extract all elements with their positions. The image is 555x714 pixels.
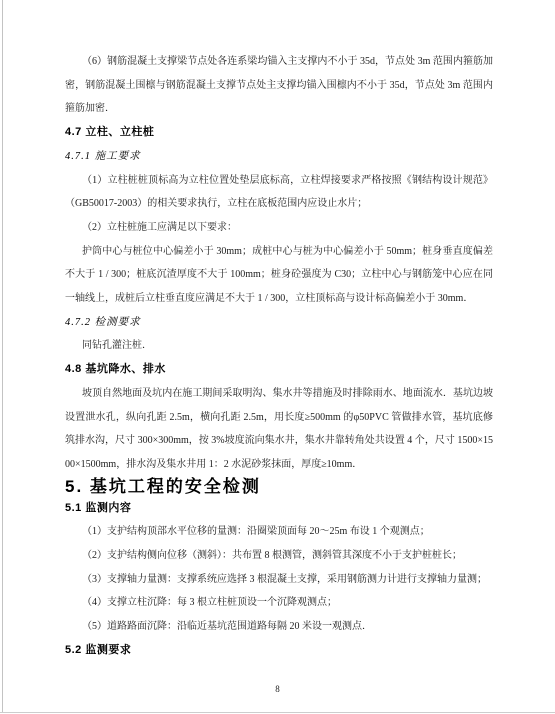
- para-same-as-bored-pile: 同钻孔灌注桩．: [65, 334, 493, 358]
- subheading-4-7-2-inspection-requirements: 4.7.2 检测要求: [65, 311, 493, 335]
- heading-5-safety-monitoring: 5. 基坑工程的安全检测: [65, 477, 493, 497]
- para-monitoring-item-2: （2）支护结构侧向位移（测斜）：共布置 8 根测管，测斜管其深度不小于支护桩桩长…: [65, 544, 493, 568]
- para-rebar-support-joint-anchorage: （6）钢筋混凝土支撑梁节点处各连系梁均锚入主支撑内不小于 35d，节点处 3m …: [65, 50, 493, 121]
- page-number: 8: [0, 684, 555, 694]
- heading-4-8-dewatering-drainage: 4.8 基坑降水、排水: [65, 358, 493, 382]
- para-column-pile-construction-intro: （2）立柱桩施工应满足以下要求：: [65, 216, 493, 240]
- subheading-4-7-1-construction-requirements: 4.7.1 施工要求: [65, 145, 493, 169]
- para-monitoring-item-5: （5）道路路面沉降：沿临近基坑范围道路每隔 20 米设一观测点．: [65, 615, 493, 639]
- para-pile-tolerance-requirements: 护筒中心与桩位中心偏差小于 30mm；成桩中心与桩为中心偏差小于 50mm；桩身…: [65, 240, 493, 311]
- page-content: （6）钢筋混凝土支撑梁节点处各连系梁均锚入主支撑内不小于 35d，节点处 3m …: [65, 50, 493, 663]
- page-left-edge: [2, 0, 3, 712]
- para-drainage-measures: 坡顶自然地面及坑内在施工期间采取明沟、集水井等措施及时排除雨水、地面流水．基坑边…: [65, 382, 493, 477]
- para-monitoring-item-1: （1）支护结构顶部水平位移的量测：沿圈梁顶面每 20～25m 布设 1 个观测点…: [65, 520, 493, 544]
- para-column-pile-top-elevation: （1）立柱桩桩顶标高为立柱位置处垫层底标高，立柱焊接要求严格按照《钢结构设计规范…: [65, 169, 493, 216]
- page-bottom-edge: [0, 712, 555, 713]
- para-monitoring-item-3: （3）支撑轴力量测：支撑系统应选择 3 根混凝土支撑，采用钢筋测力计进行支撑轴力…: [65, 568, 493, 592]
- para-monitoring-item-4: （4）支撑立柱沉降：每 3 根立柱桩顶设一个沉降观测点；: [65, 591, 493, 615]
- heading-5-1-monitoring-content: 5.1 监测内容: [65, 497, 493, 521]
- heading-4-7-columns-and-column-piles: 4.7 立柱、立柱桩: [65, 121, 493, 145]
- heading-5-2-monitoring-requirements: 5.2 监测要求: [65, 639, 493, 663]
